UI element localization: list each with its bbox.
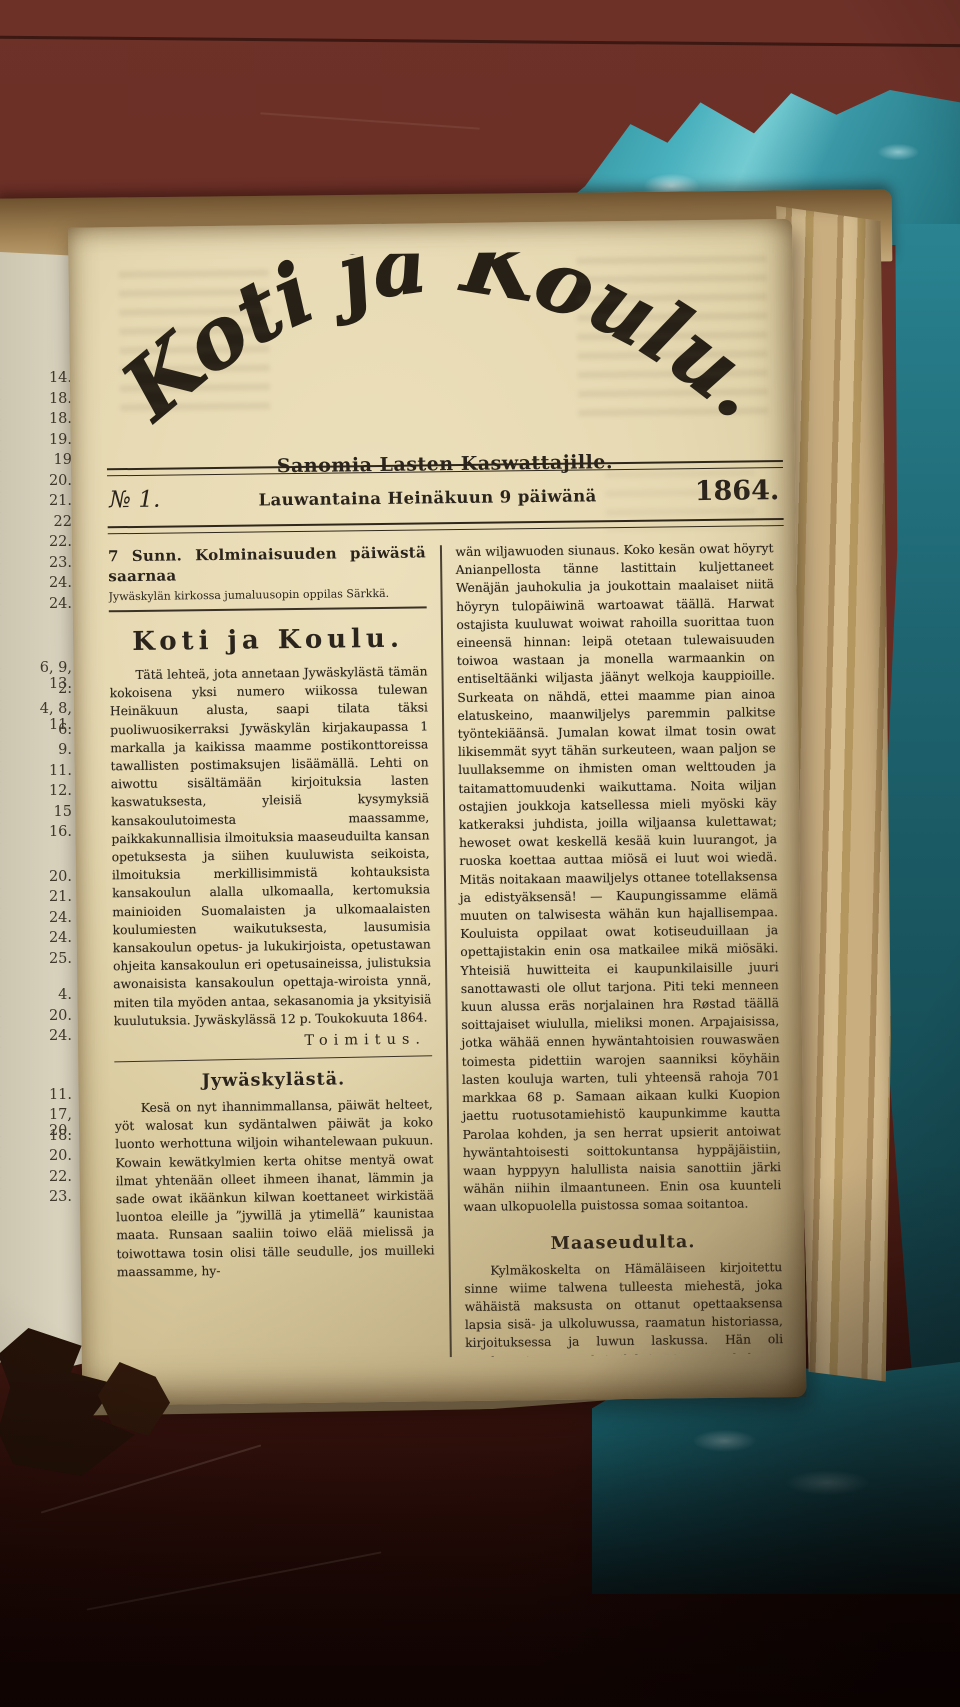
- index-page-number: 11.: [36, 1087, 72, 1103]
- dot-leader: · ·: [0, 559, 14, 581]
- index-page-number: 22: [36, 514, 72, 530]
- index-page-number: 18.: [36, 411, 72, 427]
- right-column: wän wiljawuoden siunaus. Koko kesän owat…: [455, 539, 783, 1357]
- index-page-number: 23.: [36, 555, 72, 571]
- column-divider: [440, 545, 451, 1357]
- issue-date: Lauwantaina Heinäkuun 9 päiwänä: [160, 485, 695, 511]
- dot-leader: · ·: [0, 1193, 14, 1215]
- index-page-number: 16.: [36, 824, 72, 840]
- index-page-number: 21.: [36, 493, 72, 509]
- index-page-number: 11.: [36, 763, 72, 779]
- index-page-number: 4.: [36, 987, 72, 1003]
- dot-leader: · ·: [0, 415, 14, 437]
- index-page-number: 19.: [36, 432, 72, 448]
- dot-leader: · ·: [0, 374, 14, 396]
- dot-leader: · ·: [0, 456, 14, 478]
- dot-leader: · ·: [0, 726, 14, 748]
- article-columns: 7 Sunn. Kolminaisuuden päiwästä saarnaa …: [108, 539, 794, 1361]
- rural-news-heading: Maaseudulta.: [464, 1231, 782, 1255]
- continuation-paragraph: wän wiljawuoden siunaus. Koko kesän owat…: [455, 539, 781, 1216]
- dot-leader: · ·: [0, 767, 14, 789]
- dot-leader: · ·: [0, 914, 14, 936]
- svg-text:Koti ja Koulu.: Koti ja Koulu.: [114, 249, 772, 445]
- index-page-number: 21.: [36, 889, 72, 905]
- masthead: Koti ja Koulu. Sanomia Lasten Kaswattaji…: [104, 249, 782, 459]
- index-page-number: 2.: [36, 681, 72, 697]
- dot-leader: · ·: [0, 1111, 14, 1133]
- local-news-heading: Jywäskylästä.: [114, 1068, 432, 1092]
- dot-leader: · ·: [0, 518, 14, 540]
- left-column: 7 Sunn. Kolminaisuuden päiwästä saarnaa …: [108, 543, 436, 1361]
- dot-leader: · ·: [0, 787, 14, 809]
- dot-leader: · ·: [0, 955, 14, 977]
- dot-leader: · ·: [0, 685, 14, 707]
- dot-leader: · ·: [0, 436, 14, 458]
- index-page-number: 18.: [36, 391, 72, 407]
- issue-number: № 1.: [109, 487, 160, 514]
- local-news-paragraph: Kesä on nyt ihannimmallansa, päiwät helt…: [115, 1095, 435, 1281]
- column-rule: [114, 1055, 432, 1062]
- index-page-number: 14.: [36, 370, 72, 386]
- index-page-number: 6.: [36, 722, 72, 738]
- dot-leader: · ·: [0, 1091, 14, 1113]
- section-title: Koti ja Koulu.: [109, 623, 427, 657]
- dot-leader: · ·: [0, 1012, 14, 1034]
- intro-paragraph: Tätä lehteä, jota annetaan Jywäskylästä …: [109, 662, 431, 1030]
- newspaper-page: Koti ja Koulu. Sanomia Lasten Kaswattaji…: [68, 219, 806, 1406]
- issue-year: 1864.: [695, 475, 780, 507]
- index-page-number: 22.: [36, 534, 72, 550]
- dot-leader: · ·: [0, 873, 14, 895]
- dot-leader: · ·: [0, 893, 14, 915]
- index-page-number: 24.: [36, 910, 72, 926]
- dot-leader: · ·: [0, 664, 14, 686]
- dot-leader: · ·: [0, 808, 14, 830]
- dot-leader: · ·: [0, 1032, 14, 1054]
- masthead-arc: Koti ja Koulu.: [114, 249, 772, 457]
- sermon-heading: 7 Sunn. Kolminaisuuden päiwästä saarnaa: [108, 543, 426, 586]
- index-page-number: 9.: [36, 742, 72, 758]
- index-page-number: 20.: [36, 1008, 72, 1024]
- index-page-number: 19: [36, 452, 72, 468]
- dot-leader: · ·: [0, 1173, 14, 1195]
- dot-leader: · ·: [0, 1132, 14, 1154]
- dot-leader: · ·: [0, 991, 14, 1013]
- dot-leader: · ·: [0, 395, 14, 417]
- index-page-number: 15: [36, 804, 72, 820]
- rural-news-paragraph: Kylmäkoskelta on Hämäläiseen kirjoitettu…: [464, 1258, 784, 1362]
- editorial-signature: Toimitus.: [114, 1032, 426, 1052]
- dot-leader: · ·: [0, 746, 14, 768]
- dot-leader: · ·: [0, 1152, 14, 1174]
- dot-leader: · ·: [0, 705, 14, 727]
- index-page-number: 22.: [36, 1169, 72, 1185]
- dot-leader: · ·: [0, 828, 14, 850]
- dot-leader: · ·: [0, 538, 14, 560]
- page-content: Koti ja Koulu. Sanomia Lasten Kaswattaji…: [68, 219, 806, 1406]
- masthead-title: Koti ja Koulu.: [114, 249, 772, 445]
- index-page-number: 20.: [36, 869, 72, 885]
- index-page-number: 23.: [36, 1189, 72, 1205]
- sermon-subheading: Jywäskylän kirkossa jumaluusopin oppilas…: [108, 586, 426, 612]
- dot-leader: · ·: [0, 934, 14, 956]
- index-page-number: 24.: [36, 596, 72, 612]
- dot-leader: · ·: [0, 477, 14, 499]
- dot-leader: · ·: [0, 579, 14, 601]
- issue-line: № 1. Lauwantaina Heinäkuun 9 päiwänä 186…: [107, 468, 783, 517]
- index-page-number: 24.: [36, 575, 72, 591]
- index-page-number: 24.: [36, 930, 72, 946]
- double-rule-bottom: [108, 518, 784, 534]
- index-page-number: 24.: [36, 1028, 72, 1044]
- dot-leader: · ·: [0, 497, 14, 519]
- index-page-number: 12.: [36, 783, 72, 799]
- index-page-number: 20.: [36, 473, 72, 489]
- index-page-number: 25.: [36, 951, 72, 967]
- dot-leader: · ·: [0, 600, 14, 622]
- index-page-number: 18.: [36, 1128, 72, 1144]
- index-page-number: 20.: [36, 1148, 72, 1164]
